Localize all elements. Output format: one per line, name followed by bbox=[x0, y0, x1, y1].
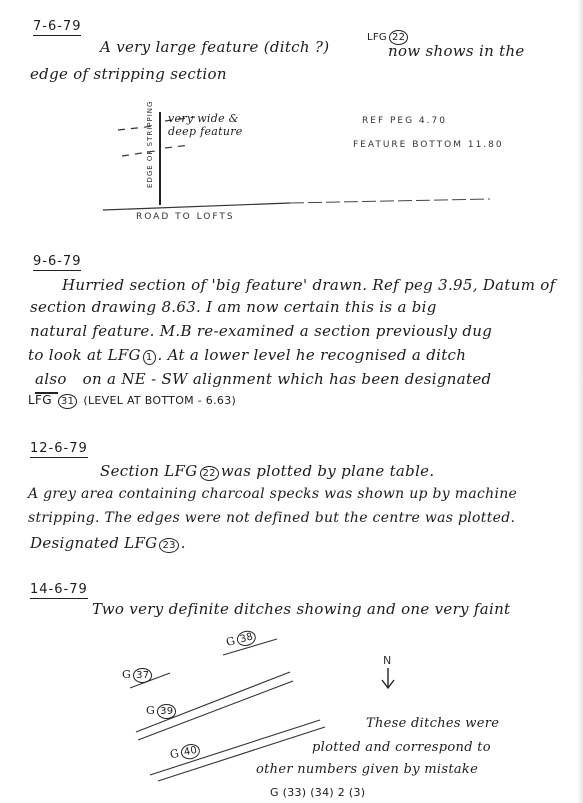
entry-text-line: Designated LFG23. bbox=[30, 534, 186, 553]
entry-text-line: A very large feature (ditch ?) bbox=[100, 38, 329, 56]
edge-of-stripping-label: EDGE OF STRIPPING bbox=[146, 101, 154, 188]
page-edge bbox=[577, 0, 583, 803]
text-fragment: . At a lower level he recognised a ditch bbox=[158, 346, 467, 364]
lfg-number: 1 bbox=[143, 350, 156, 365]
entry-text-line: edge of stripping section bbox=[30, 65, 227, 83]
ditch-label: G40 bbox=[169, 742, 204, 763]
entry-date: 14-6-79 bbox=[30, 582, 88, 599]
text-fragment: Section LFG bbox=[100, 462, 198, 480]
ditch-label: G38 bbox=[225, 628, 260, 651]
entry-text-line: LFG 31 (LEVEL AT BOTTOM - 6.63) bbox=[28, 393, 236, 409]
ditch-label: G39 bbox=[146, 704, 178, 719]
feature-bottom-note: FEATURE BOTTOM 11.80 bbox=[353, 140, 504, 150]
lfg-number: 31 bbox=[58, 394, 77, 409]
entry-date: 12-6-79 bbox=[30, 441, 88, 458]
entry-text-line: natural feature. M.B re-examined a secti… bbox=[30, 322, 492, 340]
note-line: These ditches were bbox=[366, 716, 499, 731]
struck-word: also bbox=[35, 370, 67, 388]
note-line: other numbers given by mistake bbox=[256, 762, 478, 777]
text-fragment: on a NE - SW alignment which has been de… bbox=[83, 370, 492, 388]
ref-peg-note: REF PEG 4.70 bbox=[362, 116, 447, 126]
entry-text-line: now shows in the bbox=[388, 42, 525, 60]
entry-text-line: alsoon a NE - SW alignment which has bee… bbox=[35, 370, 491, 388]
entry-text-line: Section LFG22was plotted by plane table. bbox=[100, 462, 434, 481]
entry-text-line: Hurried section of 'big feature' drawn. … bbox=[62, 276, 556, 294]
road-label: ROAD TO LOFTS bbox=[136, 212, 235, 222]
ditch-label: G37 bbox=[122, 668, 154, 683]
entry-text-line: Two very definite ditches showing and on… bbox=[92, 600, 510, 618]
text-fragment: was plotted by plane table. bbox=[221, 462, 435, 480]
text-fragment: (LEVEL AT BOTTOM - 6.63) bbox=[83, 394, 236, 407]
entry-date: 9-6-79 bbox=[33, 254, 81, 271]
note-line: plotted and correspond to bbox=[312, 740, 491, 755]
lfg-number: 23 bbox=[159, 538, 178, 553]
entry-date: 7-6-79 bbox=[33, 19, 81, 36]
feature-note: very wide & deep feature bbox=[168, 112, 268, 138]
note-line: G (33) (34) 2 (3) bbox=[270, 786, 365, 799]
lfg-number: 22 bbox=[200, 466, 219, 481]
north-label: N bbox=[383, 654, 391, 667]
text-fragment: Designated LFG bbox=[30, 534, 157, 552]
entry-text-line: to look at LFG1. At a lower level he rec… bbox=[28, 346, 466, 365]
text-fragment: to look at LFG bbox=[28, 346, 141, 364]
text-fragment: LFG bbox=[28, 393, 52, 407]
entry-text-line: A grey area containing charcoal specks w… bbox=[28, 486, 517, 502]
entry-text-line: stripping. The edges were not defined bu… bbox=[28, 510, 515, 526]
entry-text-line: section drawing 8.63. I am now certain t… bbox=[30, 298, 437, 316]
lfg-label: LFG bbox=[367, 32, 387, 43]
